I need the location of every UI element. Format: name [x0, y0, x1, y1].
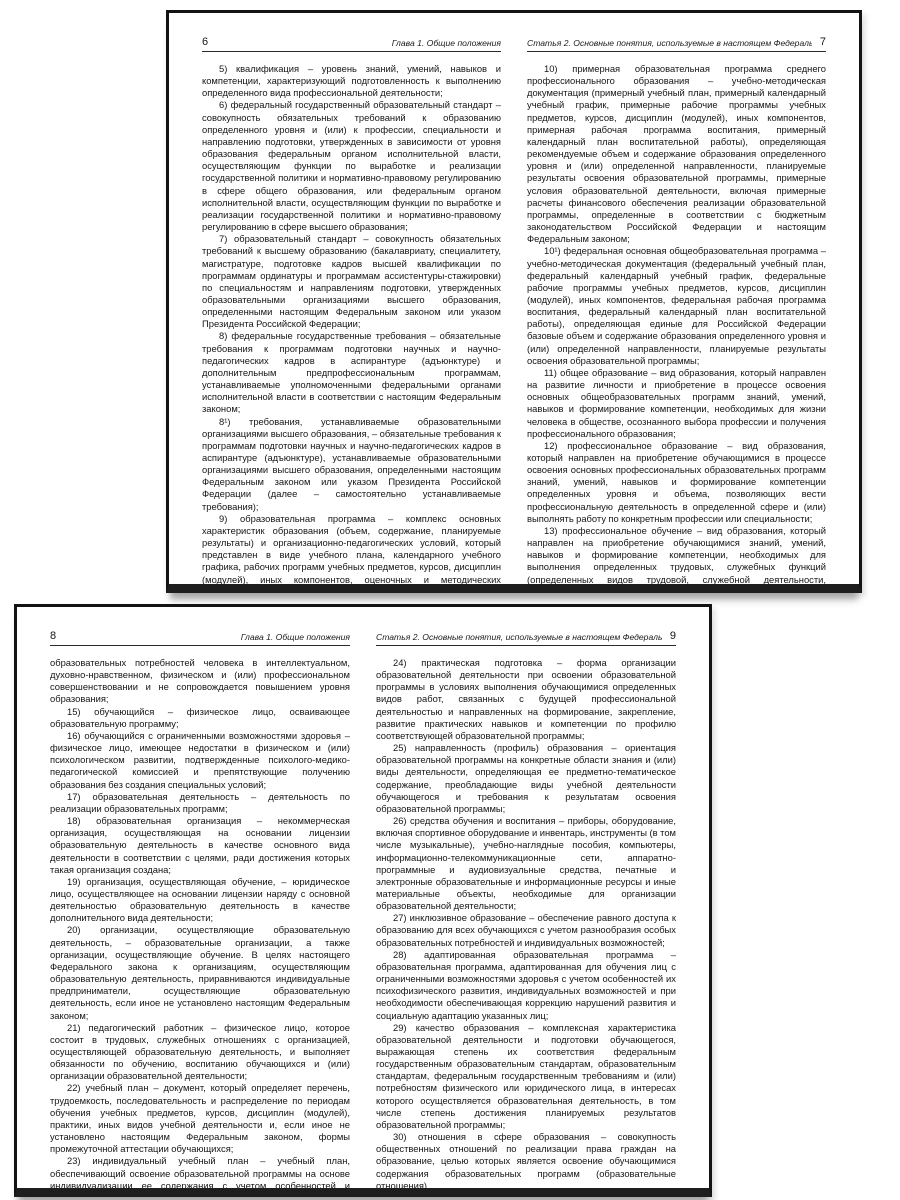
page-number: 7 [820, 37, 826, 48]
law-definition-paragraph: 18) образовательная организация – некомм… [50, 815, 350, 876]
running-header-title: Статья 2. Основные понятия, используемые… [376, 632, 662, 642]
law-definition-paragraph: 19) организация, осуществляющая обучение… [50, 876, 350, 925]
running-header-title: Глава 1. Общие положения [241, 632, 350, 642]
page-number: 9 [670, 631, 676, 642]
law-definition-paragraph: 27) инклюзивное образование – обеспечени… [376, 912, 676, 948]
law-definition-paragraph: 9) образовательная программа – комплекс … [202, 513, 501, 584]
law-definition-paragraph: 15) обучающийся – физическое лицо, осваи… [50, 706, 350, 730]
book-spread-pages-8-9: 8Глава 1. Общие положенияобразовательных… [14, 604, 712, 1197]
page-number: 8 [50, 631, 56, 642]
page-header: Статья 2. Основные понятия, используемые… [527, 37, 826, 52]
page-header: 6Глава 1. Общие положения [202, 37, 501, 52]
law-definition-paragraph: 5) квалификация – уровень знаний, умений… [202, 63, 501, 99]
page-7: Статья 2. Основные понятия, используемые… [514, 13, 859, 584]
page-9: Статья 2. Основные понятия, используемые… [363, 607, 709, 1188]
law-definition-paragraph: 25) направленность (профиль) образования… [376, 742, 676, 815]
law-definition-paragraph: 28) адаптированная образовательная прогр… [376, 949, 676, 1022]
law-definition-paragraph: 24) практическая подготовка – форма орга… [376, 657, 676, 742]
law-definition-paragraph: 23) индивидуальный учебный план – учебны… [50, 1155, 350, 1188]
page-header: Статья 2. Основные понятия, используемые… [376, 631, 676, 646]
law-definition-paragraph: 6) федеральный государственный образоват… [202, 99, 501, 233]
law-definition-paragraph: 16) обучающийся с ограниченными возможно… [50, 730, 350, 791]
law-definition-paragraph: 8) федеральные государственные требовани… [202, 330, 501, 415]
law-definition-paragraph: 10¹) федеральная основная общеобразовате… [527, 245, 826, 367]
book-spread-pages-6-7: 6Глава 1. Общие положения5) квалификация… [166, 10, 862, 593]
law-definition-paragraph: 8¹) требования, устанавливаемые образова… [202, 416, 501, 513]
page-number: 6 [202, 37, 208, 48]
law-definition-paragraph: 17) образовательная деятельность – деяте… [50, 791, 350, 815]
law-definition-paragraph: 11) общее образование – вид образования,… [527, 367, 826, 440]
page-8: 8Глава 1. Общие положенияобразовательных… [17, 607, 363, 1188]
law-definition-paragraph: 10) примерная образовательная программа … [527, 63, 826, 245]
law-definition-paragraph: 21) педагогический работник – физическое… [50, 1022, 350, 1083]
law-definition-paragraph: 26) средства обучения и воспитания – при… [376, 815, 676, 912]
law-definition-paragraph: 30) отношения в сфере образования – сово… [376, 1131, 676, 1188]
running-header-title: Глава 1. Общие положения [392, 38, 501, 48]
law-definition-paragraph: 22) учебный план – документ, который опр… [50, 1082, 350, 1155]
law-definition-paragraph: 7) образовательный стандарт – совокупнос… [202, 233, 501, 330]
law-definition-paragraph: образовательных потребностей человека в … [50, 657, 350, 706]
law-definition-paragraph: 20) организации, осуществляющие образова… [50, 924, 350, 1021]
page-6: 6Глава 1. Общие положения5) квалификация… [169, 13, 514, 584]
law-definition-paragraph: 12) профессиональное образование – вид о… [527, 440, 826, 525]
running-header-title: Статья 2. Основные понятия, используемые… [527, 38, 812, 48]
law-definition-paragraph: 13) профессиональное обучение – вид обра… [527, 525, 826, 584]
law-definition-paragraph: 29) качество образования – комплексная х… [376, 1022, 676, 1131]
page-header: 8Глава 1. Общие положения [50, 631, 350, 646]
